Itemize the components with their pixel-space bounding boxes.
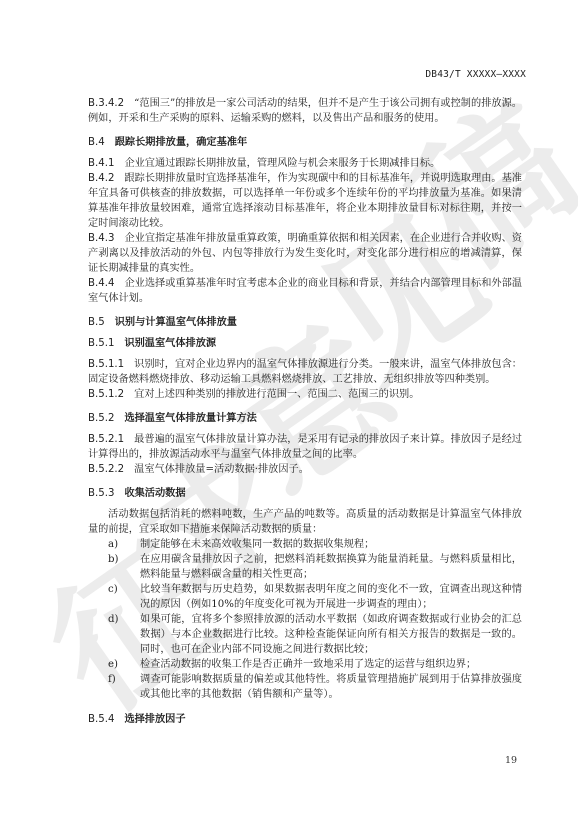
page-number: 19 [505, 755, 517, 766]
heading-number: B.5.2 [88, 413, 114, 424]
heading-b52: B.5.2选择温室气体排放量计算方法 [88, 411, 522, 426]
list-marker: b) [108, 552, 138, 567]
heading-b54: B.5.4选择排放因子 [88, 712, 522, 727]
heading-number: B.5 [88, 317, 105, 328]
clause-b41: B.4.1企业宜通过跟踪长期排放量，管理风险与机会来服务于长期减排目标。 [88, 156, 522, 171]
clause-number: B.3.4.2 [88, 98, 124, 109]
heading-b4: B.4跟踪长期排放量，确定基准年 [88, 135, 522, 150]
list-marker: f) [108, 672, 138, 687]
clause-text: 识别时，宜对企业边界内的温室气体排放源进行分类。一般来讲，温室气体排放包含：固定… [88, 359, 522, 385]
clause-b342: B.3.4.2“范围三”的排放是一家公司活动的结果，但并不是产生于该公司拥有或控… [88, 96, 522, 126]
heading-title: 识别温室气体排放源 [124, 338, 216, 349]
heading-number: B.5.3 [88, 488, 114, 499]
clause-b43: B.4.3企业宜指定基准年排放量重算政策，明确重算依据和相关因素，在企业进行合并… [88, 231, 522, 276]
clause-b521: B.5.2.1最普遍的温室气体排放量计算办法，是采用有记录的排放因子来计算。排放… [88, 432, 522, 462]
heading-number: B.5.4 [88, 714, 114, 725]
document-code: DB43/T XXXXX—XXXX [425, 69, 526, 80]
list-marker: c) [108, 582, 138, 597]
clause-text: 企业宜指定基准年排放量重算政策，明确重算依据和相关因素，在企业进行合并收购、资产… [88, 233, 522, 274]
clause-number: B.4.2 [88, 173, 114, 184]
clause-number: B.4.4 [88, 278, 114, 289]
heading-title: 选择温室气体排放量计算方法 [124, 413, 256, 424]
list-item-text: 比较当年数据与历史趋势，如果数据表明年度之间的变化不一致，宜调查出现这种情况的原… [140, 584, 522, 610]
heading-title: 识别与计算温室气体排放量 [115, 317, 237, 328]
clause-number: B.5.1.2 [88, 389, 124, 400]
data-quality-measures-list: a)制定能够在未来高效收集同一数据的数据收集规程； b)在应用碳含量排放因子之前… [88, 537, 522, 702]
heading-title: 选择排放因子 [124, 714, 185, 725]
clause-b512: B.5.1.2宜对上述四种类别的排放进行范围一、范围二、范围三的识别。 [88, 387, 522, 402]
clause-b44: B.4.4企业选择或重算基准年时宜考虑本企业的商业目标和背景，并结合内部管理目标… [88, 276, 522, 306]
list-item-text: 调查可能影响数据质量的偏差或其他特性。将质量管理措施扩展到用于估算排放强度或其他… [140, 674, 522, 700]
heading-title: 跟踪长期排放量，确定基准年 [115, 137, 247, 148]
clause-text: 企业宜通过跟踪长期排放量，管理风险与机会来服务于长期减排目标。 [124, 158, 440, 169]
clause-number: B.4.1 [88, 158, 114, 169]
clause-text: “范围三”的排放是一家公司活动的结果，但并不是产生于该公司拥有或控制的排放源。例… [88, 98, 522, 124]
list-item: e)检查活动数据的收集工作是否正确并一致地采用了选定的运营与组织边界； [108, 657, 522, 672]
list-item-text: 制定能够在未来高效收集同一数据的数据收集规程； [140, 539, 374, 550]
list-item: f)调查可能影响数据质量的偏差或其他特性。将质量管理措施扩展到用于估算排放强度或… [108, 672, 522, 702]
clause-b511: B.5.1.1识别时，宜对企业边界内的温室气体排放源进行分类。一般来讲，温室气体… [88, 357, 522, 387]
heading-title: 收集活动数据 [124, 488, 185, 499]
list-item: b)在应用碳含量排放因子之前，把燃料消耗数据换算为能量消耗量。与燃料质量相比，燃… [108, 552, 522, 582]
clause-text: 企业选择或重算基准年时宜考虑本企业的商业目标和背景，并结合内部管理目标和外部温室… [88, 278, 522, 304]
heading-b51: B.5.1识别温室气体排放源 [88, 336, 522, 351]
clause-number: B.4.3 [88, 233, 114, 244]
clause-b522: B.5.2.2温室气体排放量=活动数据·排放因子。 [88, 462, 522, 477]
list-item-text: 如果可能，宜将多个参照排放源的活动水平数据（如政府调查数据或行业协会的汇总数据）… [140, 614, 522, 655]
document-page: 征 求 意 见 稿 DB43/T XXXXX—XXXX B.3.4.2“范围三”… [0, 0, 578, 818]
list-item-text: 检查活动数据的收集工作是否正确并一致地采用了选定的运营与组织边界； [140, 659, 476, 670]
list-marker: d) [108, 612, 138, 627]
clause-number: B.5.2.1 [88, 434, 124, 445]
clause-b42: B.4.2跟踪长期排放量时宜选择基准年，作为实现碳中和的目标基准年，并说明选取理… [88, 171, 522, 231]
document-body: B.3.4.2“范围三”的排放是一家公司活动的结果，但并不是产生于该公司拥有或控… [88, 96, 522, 733]
list-item: c)比较当年数据与历史趋势，如果数据表明年度之间的变化不一致，宜调查出现这种情况… [108, 582, 522, 612]
heading-b53: B.5.3收集活动数据 [88, 486, 522, 501]
list-item: a)制定能够在未来高效收集同一数据的数据收集规程； [108, 537, 522, 552]
clause-number: B.5.2.2 [88, 464, 124, 475]
clause-text: 宜对上述四种类别的排放进行范围一、范围二、范围三的识别。 [134, 389, 419, 400]
list-marker: e) [108, 657, 138, 672]
clause-text: 最普遍的温室气体排放量计算办法，是采用有记录的排放因子来计算。排放因子是经过计算… [88, 434, 522, 460]
heading-number: B.5.1 [88, 338, 114, 349]
heading-b5: B.5识别与计算温室气体排放量 [88, 315, 522, 330]
clause-text: 跟踪长期排放量时宜选择基准年，作为实现碳中和的目标基准年，并说明选取理由。基准年… [88, 173, 522, 229]
list-marker: a) [108, 537, 138, 552]
clause-number: B.5.1.1 [88, 359, 124, 370]
list-item: d)如果可能，宜将多个参照排放源的活动水平数据（如政府调查数据或行业协会的汇总数… [108, 612, 522, 657]
clause-text: 温室气体排放量=活动数据·排放因子。 [134, 464, 309, 475]
b53-intro: 活动数据包括消耗的燃料吨数，生产产品的吨数等。高质量的活动数据是计算温室气体排放… [88, 507, 522, 537]
list-item-text: 在应用碳含量排放因子之前，把燃料消耗数据换算为能量消耗量。与燃料质量相比，燃料能… [140, 554, 522, 580]
heading-number: B.4 [88, 137, 105, 148]
